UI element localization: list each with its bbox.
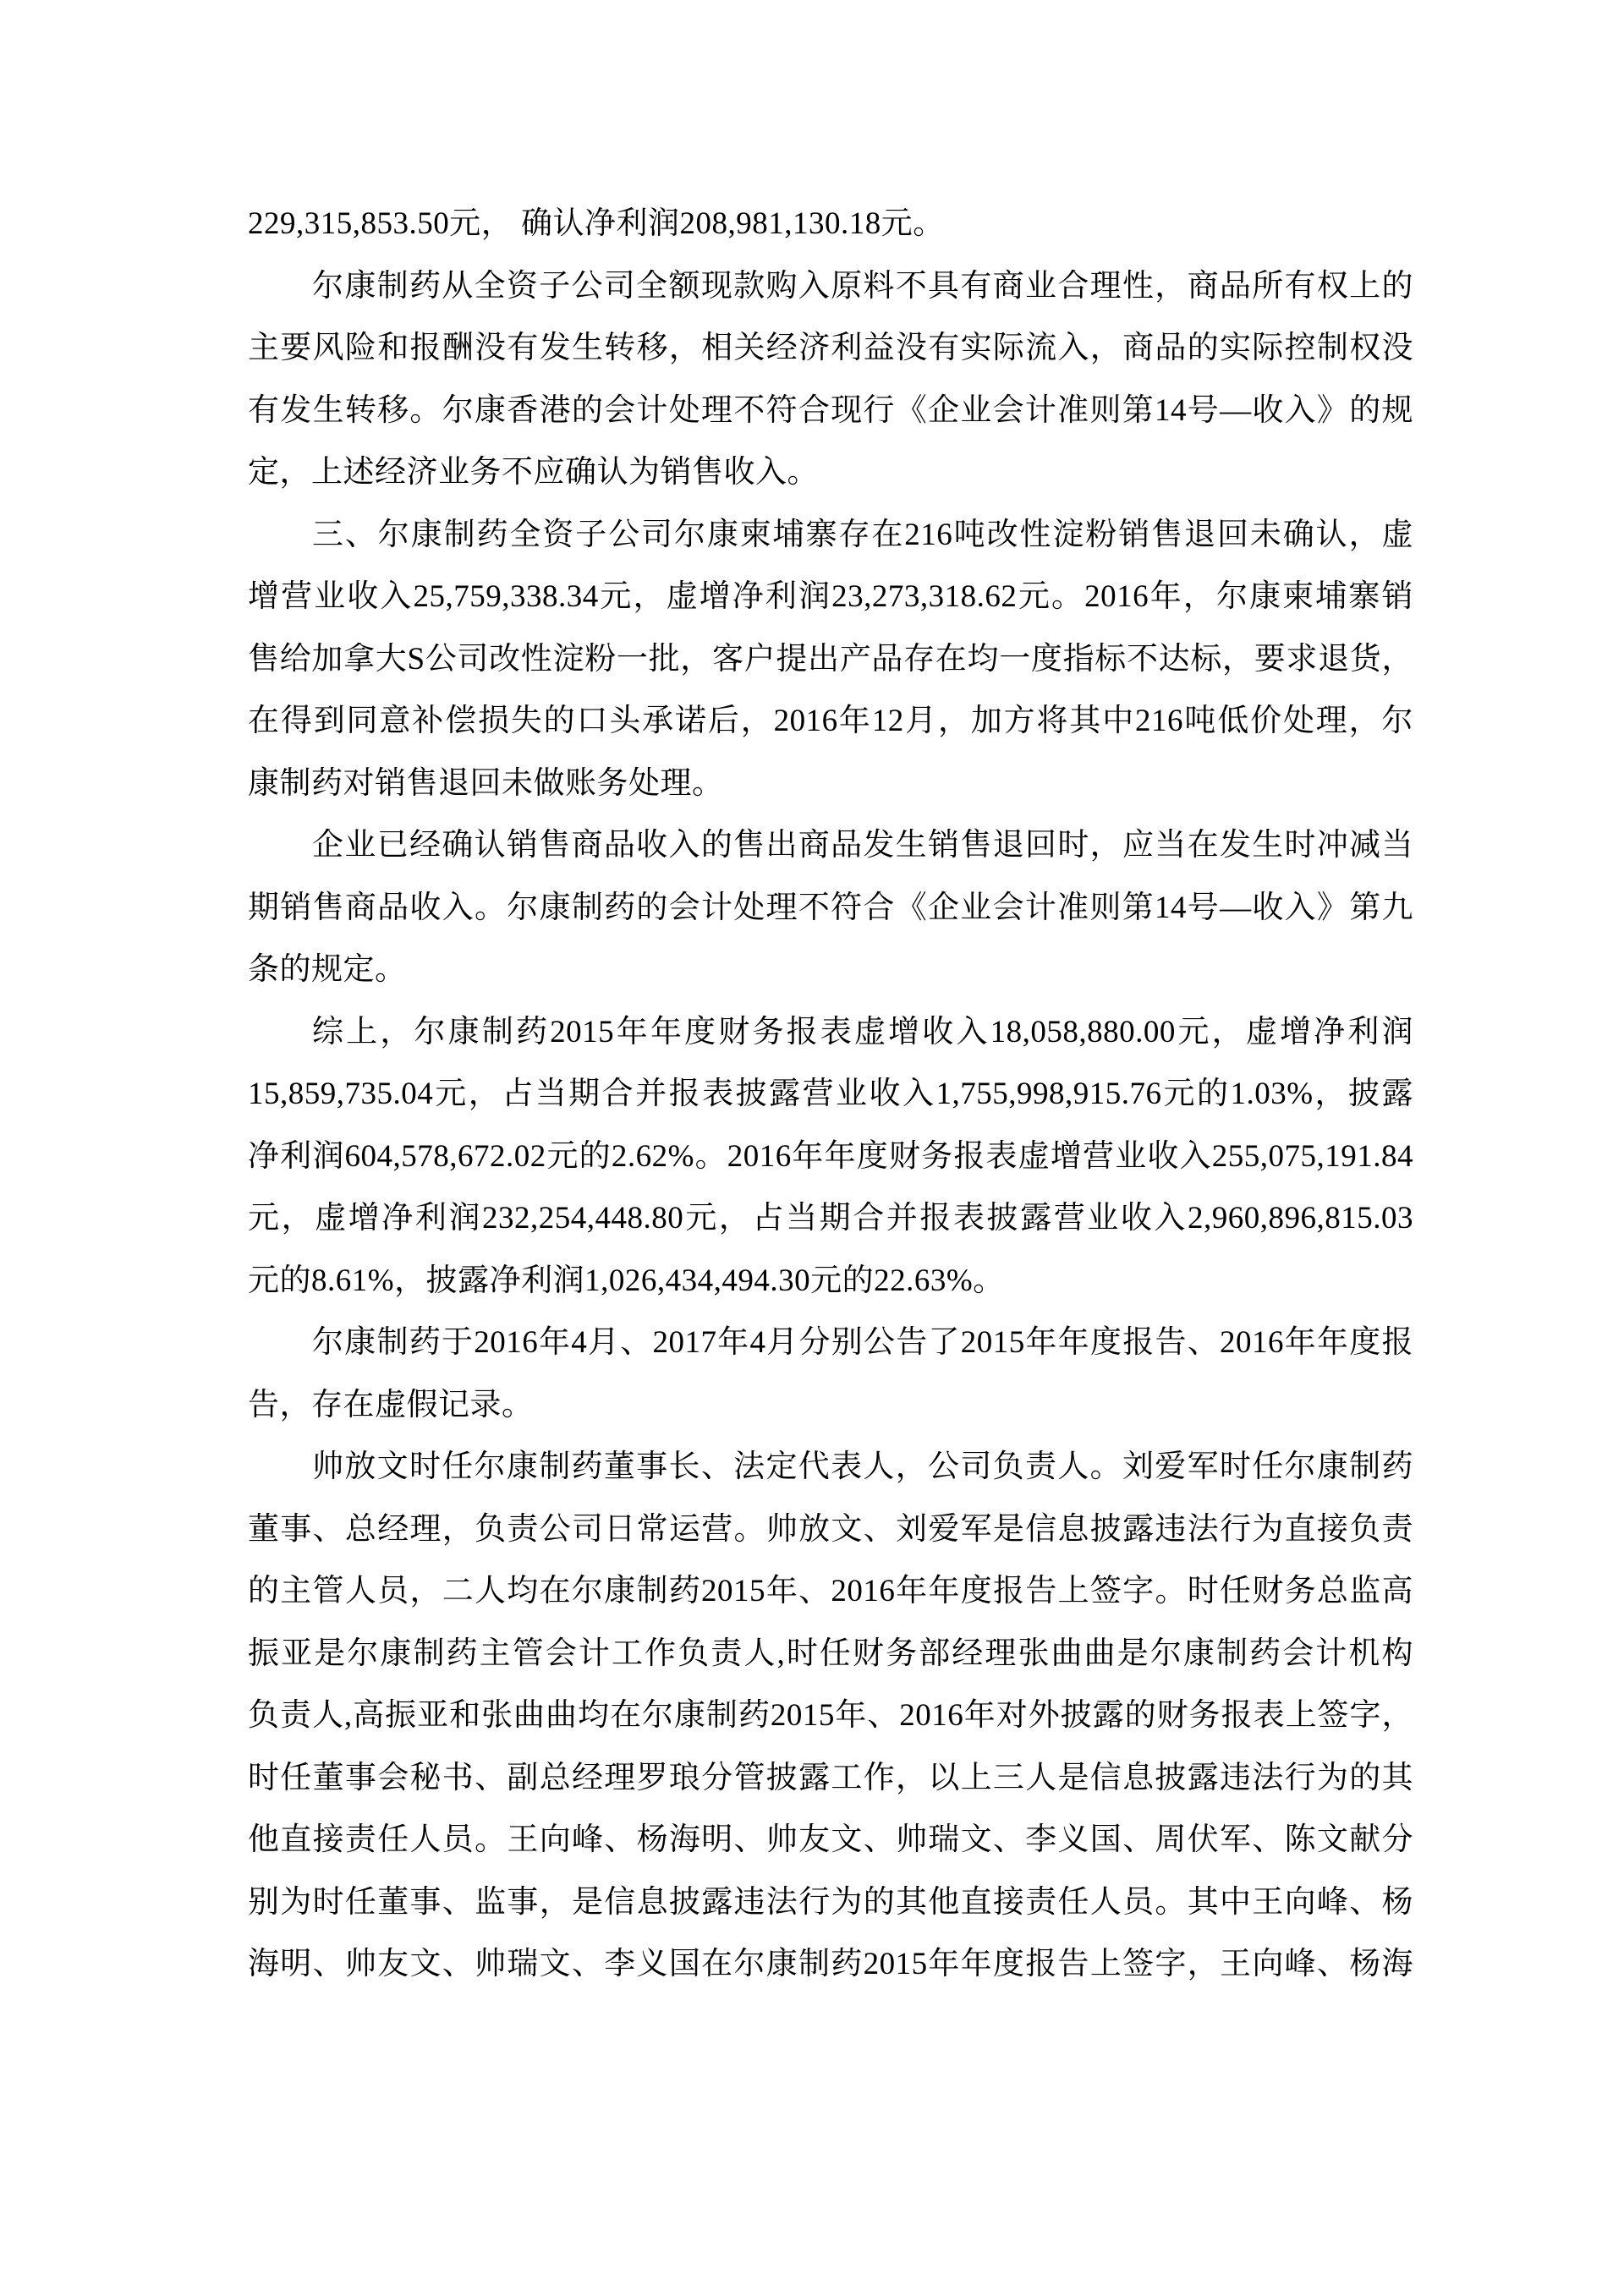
- text-line: 售给加拿大S公司改性淀粉一批，客户提出产品存在均一度指标不达标，要求退货，: [248, 628, 1413, 691]
- text-line: 振亚是尔康制药主管会计工作负责人,时任财务部经理张曲曲是尔康制药会计机构: [248, 1623, 1413, 1685]
- text-line: 尔康制药于2016年4月、2017年4月分别公告了2015年年度报告、2016年…: [248, 1312, 1413, 1374]
- text-line: 元的8.61%，披露净利润1,026,434,494.30元的22.63%。: [248, 1250, 1413, 1312]
- text-line: 时任董事会秘书、副总经理罗琅分管披露工作，以上三人是信息披露违法行为的其: [248, 1747, 1413, 1810]
- text-line: 条的规定。: [248, 939, 1413, 1001]
- text-line: 主要风险和报酬没有发生转移，相关经济利益没有实际流入，商品的实际控制权没: [248, 317, 1413, 380]
- text-line: 别为时任董事、监事，是信息披露违法行为的其他直接责任人员。其中王向峰、杨: [248, 1871, 1413, 1934]
- document-page: 229,315,853.50元， 确认净利润208,981,130.18元。尔康…: [0, 0, 1624, 2296]
- text-line: 尔康制药从全资子公司全额现款购入原料不具有商业合理性，商品所有权上的: [248, 255, 1413, 318]
- text-line: 康制药对销售退回未做账务处理。: [248, 753, 1413, 815]
- text-line: 有发生转移。尔康香港的会计处理不符合现行《企业会计准则第14号—收入》的规: [248, 380, 1413, 442]
- text-line: 在得到同意补偿损失的口头承诺后，2016年12月，加方将其中216吨低价处理，尔: [248, 690, 1413, 753]
- text-line: 他直接责任人员。王向峰、杨海明、帅友文、帅瑞文、李义国、周伏军、陈文献分: [248, 1809, 1413, 1871]
- text-line: 负责人,高振亚和张曲曲均在尔康制药2015年、2016年对外披露的财务报表上签字…: [248, 1685, 1413, 1747]
- text-line: 海明、帅友文、帅瑞文、李义国在尔康制药2015年年度报告上签字，王向峰、杨海: [248, 1933, 1413, 1996]
- text-line: 15,859,735.04元，占当期合并报表披露营业收入1,755,998,91…: [248, 1063, 1413, 1126]
- text-line: 的主管人员，二人均在尔康制药2015年、2016年年度报告上签字。时任财务总监高: [248, 1560, 1413, 1623]
- text-line: 期销售商品收入。尔康制药的会计处理不符合《企业会计准则第14号—收入》第九: [248, 877, 1413, 940]
- text-line: 229,315,853.50元， 确认净利润208,981,130.18元。: [248, 193, 1413, 255]
- text-line: 企业已经确认销售商品收入的售出商品发生销售退回时，应当在发生时冲减当: [248, 814, 1413, 877]
- document-body: 229,315,853.50元， 确认净利润208,981,130.18元。尔康…: [248, 193, 1413, 1996]
- text-line: 三、尔康制药全资子公司尔康柬埔寨存在216吨改性淀粉销售退回未确认，虚: [248, 504, 1413, 567]
- text-line: 净利润604,578,672.02元的2.62%。2016年年度财务报表虚增营业…: [248, 1126, 1413, 1188]
- text-line: 定，上述经济业务不应确认为销售收入。: [248, 441, 1413, 504]
- text-line: 增营业收入25,759,338.34元，虚增净利润23,273,318.62元。…: [248, 566, 1413, 628]
- text-line: 告，存在虚假记录。: [248, 1374, 1413, 1437]
- text-line: 帅放文时任尔康制药董事长、法定代表人，公司负责人。刘爱军时任尔康制药: [248, 1436, 1413, 1499]
- text-line: 综上，尔康制药2015年年度财务报表虚增收入18,058,880.00元，虚增净…: [248, 1001, 1413, 1064]
- text-line: 董事、总经理，负责公司日常运营。帅放文、刘爱军是信息披露违法行为直接负责: [248, 1499, 1413, 1561]
- text-line: 元，虚增净利润232,254,448.80元，占当期合并报表披露营业收入2,96…: [248, 1187, 1413, 1250]
